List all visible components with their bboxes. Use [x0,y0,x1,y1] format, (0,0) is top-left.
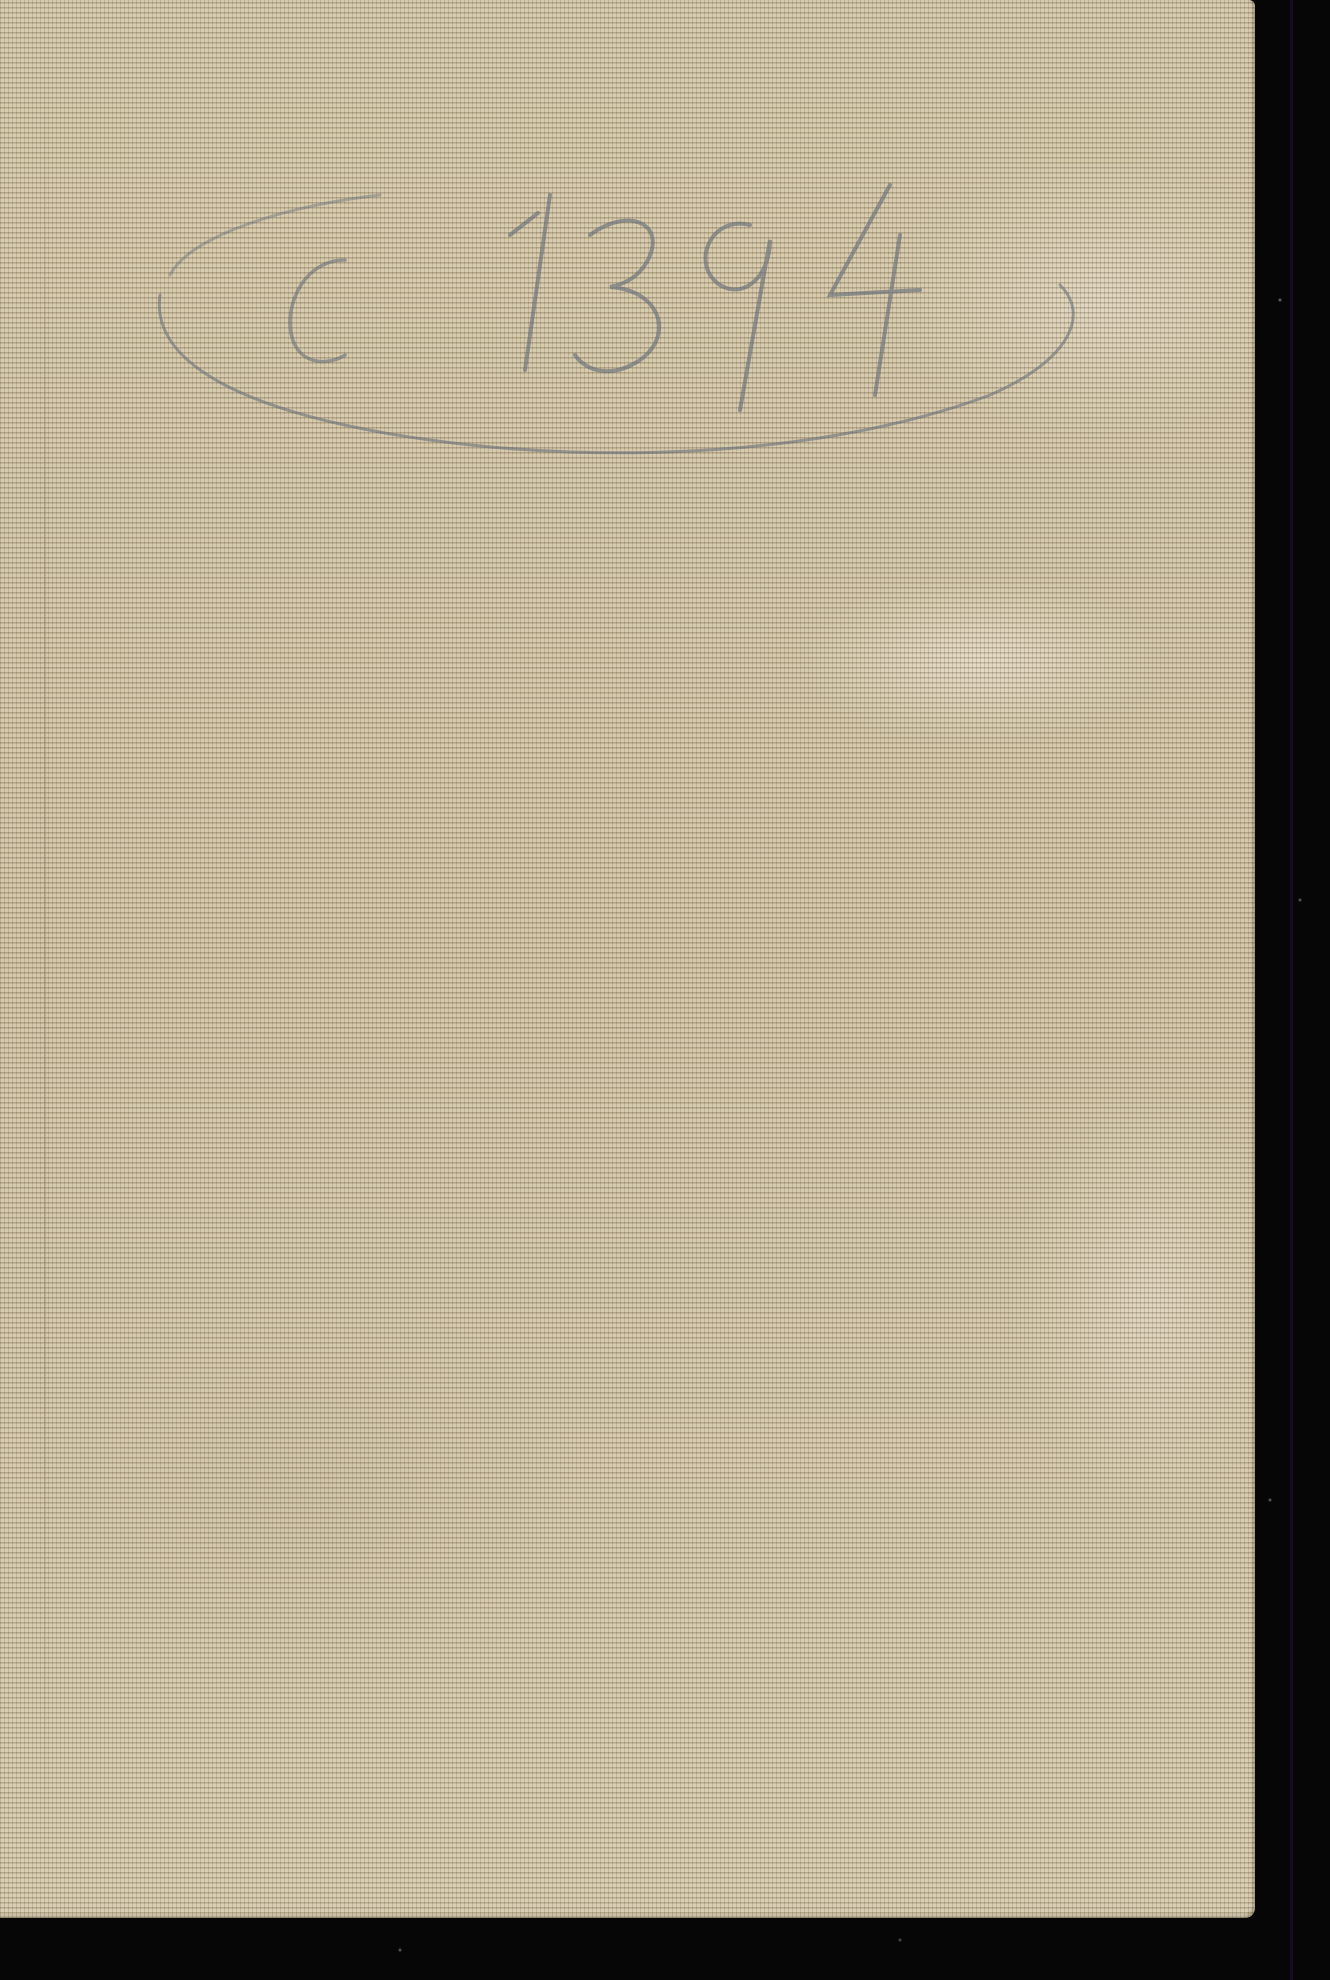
scanner-background: 1394 [0,0,1330,1980]
pencil-inscription: 1394 [130,165,1130,505]
inscription-number: 1394 [550,195,964,369]
spine-crease [44,0,46,1918]
book-cover: 1394 [0,0,1255,1918]
scan-edge-line [1290,0,1293,1980]
